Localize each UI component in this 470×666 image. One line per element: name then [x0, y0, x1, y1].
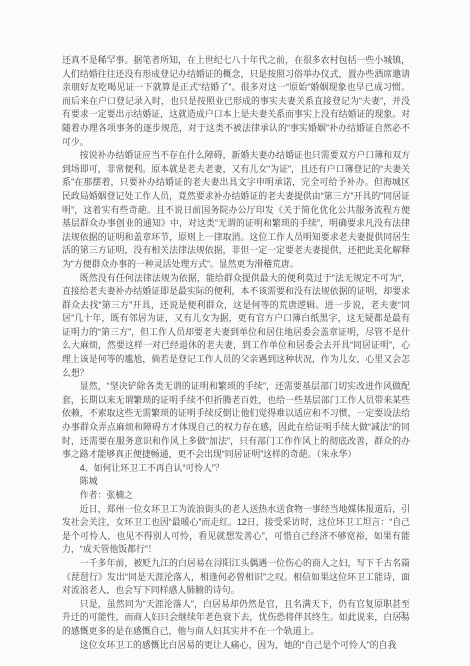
body-paragraph: 既然没有任何法律法规为依据，能给群众提供最大的便利莫过于“法无规定不可为”，直接…	[62, 272, 410, 381]
body-paragraph: 只是，虽然同为“天涯沦落人”，白居易却仍然是官，且名满天下，仍有官复原职甚至升迁…	[62, 598, 410, 639]
document-page: 还真不是稀罕事。据笔者所知，在上世纪七八十年代之前，在很多农村包括一些小城镇，人…	[0, 0, 470, 666]
body-paragraph: 近日，郑州一位女环卫工为流浪街头的老人送热水送食物一事经当地媒体报道后，引发社会…	[62, 503, 410, 557]
body-paragraph: 按说补办结婚证应当不存在什么障碍，新婚夫妻办结婚证也只需要双方户口簿和双方到场即…	[62, 149, 410, 271]
body-paragraph: 一千多年前，被贬九江的白居易在浔阳江头偶遇一位伤心的商人之妇，写下千古名篇《琵琶…	[62, 557, 410, 598]
author-line: 作者：张楠之	[62, 489, 410, 503]
body-paragraph-continuation: 还真不是稀罕事。据笔者所知，在上世纪七八十年代之前，在很多农村包括一些小城镇，人…	[62, 54, 410, 149]
body-paragraph: 显然，“坚决铲除各类无谓的证明和繁琐的手续”，还需要基层部门切实改进作风做配套，…	[62, 380, 410, 462]
section-4-title: 4、如何让环卫工不再自认“可怜人”？	[62, 462, 410, 476]
source-line: 陈城	[62, 475, 410, 489]
page-number: 3	[400, 610, 405, 620]
text-column: 还真不是稀罕事。据笔者所知，在上世纪七八十年代之前，在很多农村包括一些小城镇，人…	[62, 54, 410, 652]
body-paragraph-partial: 这位女环卫工的感慨比白居易的更让人痛心，因为，她的“自己是个可怜人”的自我	[62, 639, 410, 653]
